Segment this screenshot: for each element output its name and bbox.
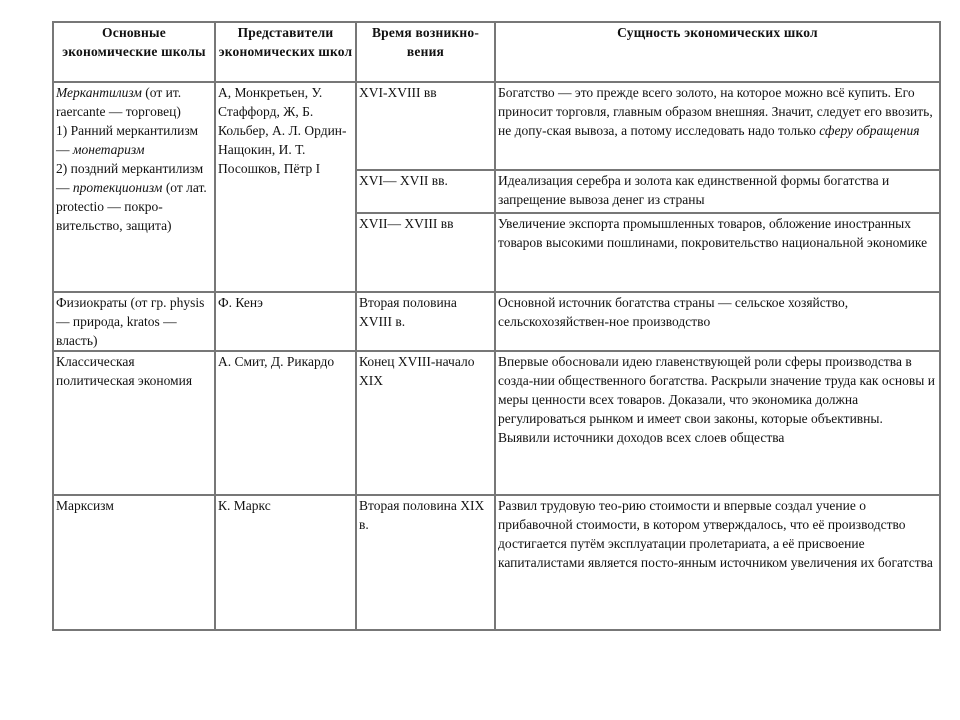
essence-marxism: Развил трудовую тео-рию стоимости и впер… [495,495,940,630]
representatives-physiocrats: Ф. Кенэ [215,292,356,351]
school-physiocrats: Физиократы (от гр. physis — природа, kra… [53,292,215,351]
essence-mercantilism-1: Богатство — это прежде всего золото, на … [495,82,940,170]
protectionism-term: протекционизм [73,180,163,195]
header-essence: Сущность экономических школ [495,22,940,82]
table-row-marxism: Марксизм К. Маркс Вторая половина XIX в.… [53,495,940,630]
header-representatives: Представители экономических школ [215,22,356,82]
school-mercantilism: Меркантилизм (от ит. raercante — торгове… [53,82,215,292]
school-classical: Классическая политическая экономия [53,351,215,495]
economic-schools-table: Основные экономические школы Представите… [52,21,941,631]
representatives-marxism: К. Маркс [215,495,356,630]
representatives-mercantilism: А, Монкретьен, У. Стаффорд, Ж, Б. Кольбе… [215,82,356,292]
school-name-mercantilism: Меркантилизм [56,85,142,100]
table-header-row: Основные экономические школы Представите… [53,22,940,82]
table-row-mercantilism: Меркантилизм (от ит. raercante — торгове… [53,82,940,170]
essence-italic-term: сферу обращения [819,123,919,138]
table-row-classical: Классическая политическая экономия А. См… [53,351,940,495]
time-mercantilism-2: XVI— XVII вв. [356,170,495,213]
time-physiocrats: Вторая половина XVIII в. [356,292,495,351]
monetarism-term: монетаризм [73,142,145,157]
essence-mercantilism-3: Увеличение экспорта промышленных товаров… [495,213,940,292]
essence-classical: Впервые обосновали идею главенствующей р… [495,351,940,495]
time-mercantilism-1: XVI-XVIII вв [356,82,495,170]
school-marxism: Марксизм [53,495,215,630]
header-time: Время возникно-вения [356,22,495,82]
time-mercantilism-3: XVII— XVIII вв [356,213,495,292]
essence-mercantilism-2: Идеализация серебра и золота как единств… [495,170,940,213]
header-schools: Основные экономические школы [53,22,215,82]
table-row-physiocrats: Физиократы (от гр. physis — природа, kra… [53,292,940,351]
representatives-classical: А. Смит, Д. Рикардо [215,351,356,495]
time-classical: Конец XVIII-начало XIX [356,351,495,495]
essence-physiocrats: Основной источник богатства страны — сел… [495,292,940,351]
time-marxism: Вторая половина XIX в. [356,495,495,630]
